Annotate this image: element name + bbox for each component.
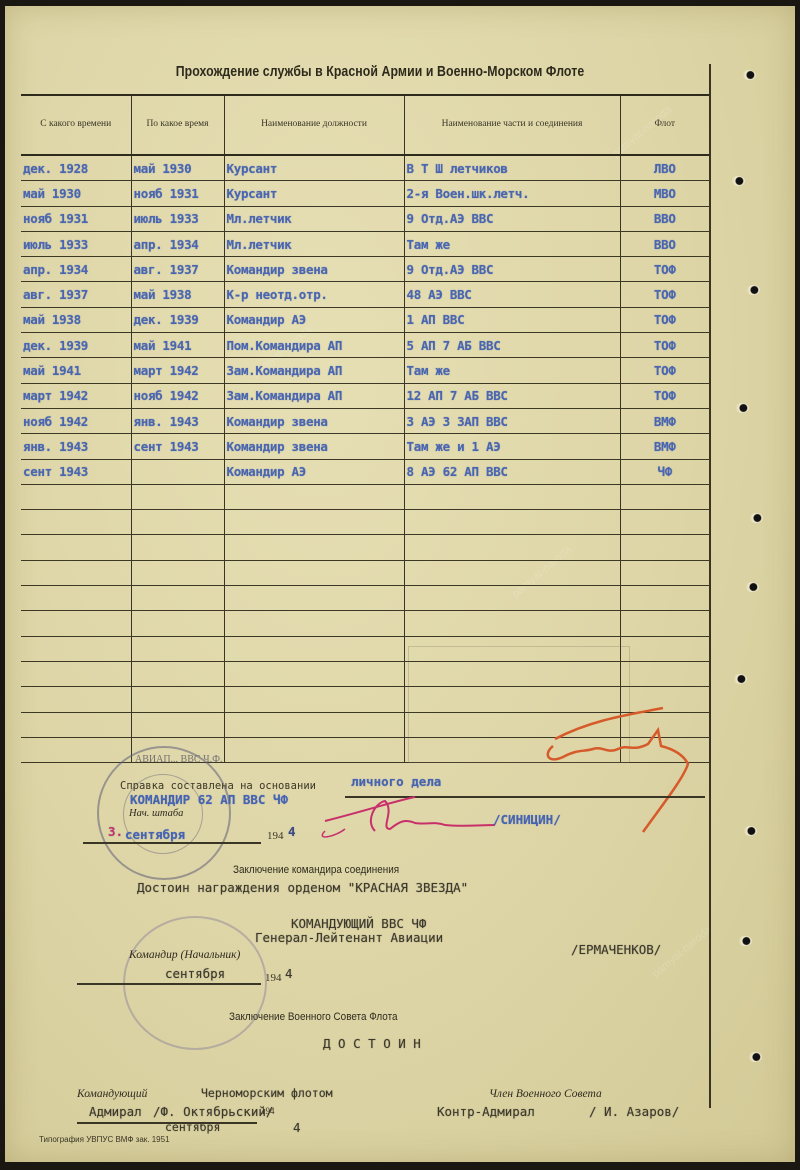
punch-hole-icon [745, 582, 759, 592]
punch-hole-icon [748, 1052, 762, 1062]
cell-unit: Там же и 1 АЭ [404, 434, 620, 459]
cell-position: Зам.Командира АП [224, 358, 404, 383]
table-row [21, 535, 709, 560]
cell-fleet: ТОФ [620, 358, 709, 383]
cell-fleet: ТОФ [620, 307, 709, 332]
cell-to [131, 535, 224, 560]
cell-from [21, 510, 131, 535]
cell-from [21, 687, 131, 712]
cell-position [224, 560, 404, 585]
cell-to [131, 661, 224, 686]
cell-position: Командир звена [224, 408, 404, 433]
table-row: нояб 1931июль 1933Мл.летчик9 Отд.АЭ ВВСВ… [21, 206, 709, 231]
cell-position [224, 586, 404, 611]
cell-fleet: ВВО [620, 206, 709, 231]
certification-basis-label: Справка составлена на основании [120, 780, 316, 792]
table-row [21, 611, 709, 636]
cell-unit [404, 484, 620, 509]
date-underline [83, 842, 261, 844]
cell-unit: 8 АЭ 62 АП ВВС [404, 459, 620, 484]
archival-document-page: pamyat-naroda pamyat-naroda pamyat-narod… [5, 6, 795, 1162]
table-row: май 1941март 1942Зам.Командира АПТам жеТ… [21, 358, 709, 383]
cell-from: нояб 1942 [21, 408, 131, 433]
certification-date-month: сентября [125, 827, 185, 842]
cell-to: дек. 1939 [131, 307, 224, 332]
cell-from [21, 636, 131, 661]
cell-fleet [620, 535, 709, 560]
fleet-year-prefix: 194 [261, 1106, 275, 1116]
commander-year-suffix: 4 [285, 966, 293, 981]
column-header-to: По какое время [131, 95, 224, 155]
cell-fleet: ЛВО [620, 155, 709, 181]
table-row: нояб 1942янв. 1943Командир звена3 АЭ 3 З… [21, 408, 709, 433]
cell-to: авг. 1937 [131, 257, 224, 282]
cell-to: март 1942 [131, 358, 224, 383]
punch-hole-icon [735, 403, 749, 413]
cell-from: май 1938 [21, 307, 131, 332]
cell-unit: 1 АП ВВС [404, 307, 620, 332]
cell-to: апр. 1934 [131, 231, 224, 256]
fleet-commander-fleet: Черноморским флотом [201, 1086, 333, 1100]
commander-year-prefix: 194 [265, 972, 282, 984]
signer-title-typed: КОМАНДИР 62 АП ВВС ЧФ [130, 792, 288, 807]
cell-fleet: ЧФ [620, 459, 709, 484]
table-row: авг. 1937май 1938К-р неотд.отр.48 АЭ ВВС… [21, 282, 709, 307]
column-header-from: С какого времени [21, 95, 131, 155]
cell-to: сент 1943 [131, 434, 224, 459]
cell-position [224, 611, 404, 636]
cell-to [131, 459, 224, 484]
certification-year-suffix: 4 [288, 824, 296, 839]
cell-to [131, 484, 224, 509]
cell-to [131, 687, 224, 712]
punch-hole-icon [738, 936, 752, 946]
cell-fleet: ТОФ [620, 257, 709, 282]
cell-position: Курсант [224, 155, 404, 181]
cell-unit [404, 611, 620, 636]
table-row: сент 1943Командир АЭ8 АЭ 62 АП ВВСЧФ [21, 459, 709, 484]
commander-conclusion-text: Достоин награждения орденом "КРАСНАЯ ЗВЕ… [137, 880, 468, 895]
cell-unit: 12 АП 7 АБ ВВС [404, 383, 620, 408]
commander-role-label: Командир (Начальник) [129, 949, 240, 961]
cell-unit: 9 Отд.АЭ ВВС [404, 257, 620, 282]
table-row [21, 560, 709, 585]
cell-from [21, 484, 131, 509]
punch-hole-icon [742, 70, 756, 80]
cell-position [224, 661, 404, 686]
table-row: дек. 1939май 1941Пом.Командира АП5 АП 7 … [21, 333, 709, 358]
cell-fleet [620, 560, 709, 585]
cell-position: Командир звена [224, 434, 404, 459]
table-row: янв. 1943сент 1943Командир звенаТам же и… [21, 434, 709, 459]
cell-position [224, 636, 404, 661]
table-row: июль 1933апр. 1934Мл.летчикТам жеВВО [21, 231, 709, 256]
fleet-year-suffix: 4 [293, 1120, 301, 1135]
cell-from: апр. 1934 [21, 257, 131, 282]
cell-to: май 1938 [131, 282, 224, 307]
magenta-ink-signature [305, 791, 505, 841]
commander-title-line2: Генерал-Лейтенант Авиации [255, 930, 443, 945]
cell-from: март 1942 [21, 383, 131, 408]
cell-fleet: ТОФ [620, 282, 709, 307]
punch-hole-icon [743, 826, 757, 836]
cell-from: май 1930 [21, 181, 131, 206]
cell-unit [404, 586, 620, 611]
certification-date-day: 3. [108, 824, 123, 839]
punch-hole-icon [733, 674, 747, 684]
cell-to [131, 636, 224, 661]
table-header-row: С какого времени По какое время Наименов… [21, 95, 709, 155]
fleet-council-heading: Заключение Военного Совета Флота [229, 1011, 398, 1023]
council-member-rank: Контр-Адмирал [437, 1104, 535, 1119]
fleet-council-text: Д О С Т О И Н [323, 1036, 421, 1051]
cell-from: сент 1943 [21, 459, 131, 484]
cell-to: нояб 1931 [131, 181, 224, 206]
cell-from [21, 586, 131, 611]
fleet-commander-rank: Адмирал [89, 1104, 142, 1119]
cell-to [131, 510, 224, 535]
punch-hole-icon [749, 513, 763, 523]
table-row [21, 510, 709, 535]
document-title: Прохождение службы в Красной Армии и Вое… [130, 63, 630, 80]
fleet-date-month: сентября [165, 1120, 220, 1134]
cell-from [21, 560, 131, 585]
fleet-commander-label: Командующий [77, 1088, 147, 1100]
cell-position: Пом.Командира АП [224, 333, 404, 358]
cell-position [224, 737, 404, 762]
cell-unit: 3 АЭ 3 ЗАП ВВС [404, 408, 620, 433]
cell-fleet: ВМФ [620, 434, 709, 459]
council-member-name: / И. Азаров/ [589, 1104, 679, 1119]
commander-date-month: сентября [165, 966, 225, 981]
cell-position: Командир звена [224, 257, 404, 282]
cell-to: янв. 1943 [131, 408, 224, 433]
column-header-fleet: Флот [620, 95, 709, 155]
cell-position: Командир АЭ [224, 459, 404, 484]
cell-to [131, 586, 224, 611]
table-row: апр. 1934авг. 1937Командир звена9 Отд.АЭ… [21, 257, 709, 282]
cell-to [131, 712, 224, 737]
cell-from [21, 535, 131, 560]
cell-to [131, 560, 224, 585]
cell-position: Мл.летчик [224, 206, 404, 231]
table-row [21, 586, 709, 611]
table-row: май 1930нояб 1931Курсант2-я Воен.шк.летч… [21, 181, 709, 206]
commander-conclusion-heading: Заключение командира соединения [233, 864, 399, 876]
cell-unit [404, 560, 620, 585]
cell-position [224, 510, 404, 535]
column-header-unit: Наименование части и соединения [404, 95, 620, 155]
cell-from: янв. 1943 [21, 434, 131, 459]
cell-fleet: ВМФ [620, 408, 709, 433]
cell-from: нояб 1931 [21, 206, 131, 231]
cell-fleet: МВО [620, 181, 709, 206]
cell-from: дек. 1928 [21, 155, 131, 181]
council-member-label: Член Военного Совета [489, 1088, 602, 1100]
cell-to: нояб 1942 [131, 383, 224, 408]
column-header-position: Наименование должности [224, 95, 404, 155]
cell-fleet [620, 661, 709, 686]
cell-position [224, 712, 404, 737]
cell-unit: Там же [404, 358, 620, 383]
cell-position: К-р неотд.отр. [224, 282, 404, 307]
certification-year-prefix: 194 [267, 830, 284, 842]
cell-from: июль 1933 [21, 231, 131, 256]
stamp-text: АВИАП... ВВС Ч.Ф. [135, 754, 222, 765]
cell-unit: 2-я Воен.шк.летч. [404, 181, 620, 206]
cell-from [21, 712, 131, 737]
cell-position: Мл.летчик [224, 231, 404, 256]
table-row: март 1942нояб 1942Зам.Командира АП12 АП … [21, 383, 709, 408]
punch-hole-icon [731, 176, 745, 186]
cell-fleet [620, 484, 709, 509]
signer-name: /СИНИЦИН/ [493, 812, 561, 827]
cell-unit: В Т Ш летчиков [404, 155, 620, 181]
commander-date-underline [77, 983, 261, 985]
table-row: май 1938дек. 1939Командир АЭ1 АП ВВСТОФ [21, 307, 709, 332]
cell-to: май 1941 [131, 333, 224, 358]
cell-fleet [620, 611, 709, 636]
cell-from [21, 661, 131, 686]
cell-fleet [620, 586, 709, 611]
commander-title-line1: КОМАНДУЮЩИЙ ВВС ЧФ [291, 916, 426, 931]
cell-fleet [620, 636, 709, 661]
cell-from [21, 737, 131, 762]
cell-from: авг. 1937 [21, 282, 131, 307]
fleet-commander-name: /Ф. Октябрьский/ [153, 1104, 273, 1119]
table-row [21, 484, 709, 509]
cell-fleet [620, 510, 709, 535]
cell-position: Зам.Командира АП [224, 383, 404, 408]
cell-to: июль 1933 [131, 206, 224, 231]
cell-unit [404, 535, 620, 560]
cell-from: май 1941 [21, 358, 131, 383]
cell-from [21, 611, 131, 636]
cell-from: дек. 1939 [21, 333, 131, 358]
right-border-rule [709, 64, 711, 1108]
signer-title-printed: Нач. штаба [129, 808, 183, 819]
cell-position [224, 484, 404, 509]
cell-fleet: ТОФ [620, 333, 709, 358]
commander-name: /ЕРМАЧЕНКОВ/ [571, 942, 661, 957]
cell-unit [404, 510, 620, 535]
cell-fleet: ТОФ [620, 383, 709, 408]
cell-to: май 1930 [131, 155, 224, 181]
punch-hole-icon [746, 285, 760, 295]
cell-fleet: ВВО [620, 231, 709, 256]
certification-basis-value: личного дела [351, 774, 441, 789]
cell-to [131, 611, 224, 636]
printer-footer: Типография УВПУС ВМФ зак. 1951 [39, 1135, 170, 1144]
cell-position [224, 535, 404, 560]
table-row: дек. 1928май 1930КурсантВ Т Ш летчиковЛВ… [21, 155, 709, 181]
cell-unit: 9 Отд.АЭ ВВС [404, 206, 620, 231]
cell-position: Курсант [224, 181, 404, 206]
cell-position: Командир АЭ [224, 307, 404, 332]
cell-position [224, 687, 404, 712]
cell-unit: 5 АП 7 АБ ВВС [404, 333, 620, 358]
cell-unit: 48 АЭ ВВС [404, 282, 620, 307]
cell-unit: Там же [404, 231, 620, 256]
